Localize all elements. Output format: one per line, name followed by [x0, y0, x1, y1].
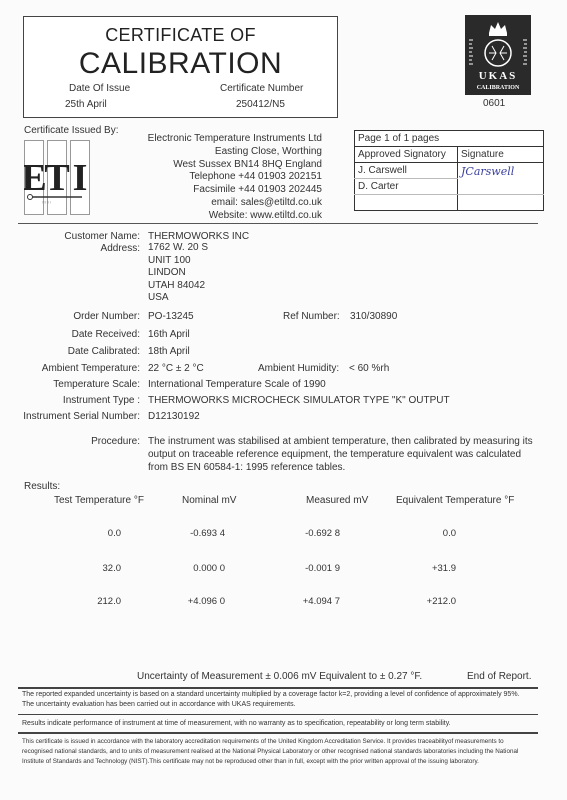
serial-number-label: Instrument Serial Number:: [0, 411, 140, 422]
results-label: Results:: [24, 481, 60, 492]
certificate-number: 250412/N5: [236, 99, 285, 110]
signatory-name: D. Carter: [355, 179, 458, 195]
header-divider: [18, 223, 538, 224]
address-line: USA: [148, 292, 208, 305]
date-of-issue: 25th April: [65, 99, 107, 110]
results-cell: +4.096 0: [188, 596, 225, 607]
footer-divider-1: [18, 687, 538, 689]
ambient-humidity-label: Ambient Humidity:: [258, 363, 339, 374]
issued-by-label: Certificate Issued By:: [24, 125, 118, 136]
serial-number: D12130192: [148, 411, 200, 422]
address-line: UNIT 100: [148, 255, 208, 268]
uncertainty-statement: Uncertainty of Measurement ± 0.006 mV Eq…: [137, 671, 422, 682]
ambient-temperature: 22 °C ± 2 °C: [148, 363, 204, 374]
accreditation-note: This certificate is issued in accordance…: [22, 737, 536, 767]
signatory-table: Page 1 of 1 pages Approved Signatory Sig…: [354, 130, 544, 211]
signatory-name: J. Carswell: [355, 163, 458, 179]
order-number: PO-13245: [148, 311, 194, 322]
ambient-temperature-label: Ambient Temperature:: [0, 363, 140, 374]
address-line: LINDON: [148, 267, 208, 280]
signature-header: Signature: [458, 147, 544, 163]
ukas-lab-number: 0601: [483, 98, 505, 109]
date-calibrated-label: Date Calibrated:: [0, 346, 140, 357]
signature-empty-cell: [458, 195, 544, 211]
address-line: 1762 W. 20 S: [148, 242, 208, 255]
svg-text:E: E: [24, 157, 47, 199]
footer-divider-2: [18, 714, 538, 715]
date-received-label: Date Received:: [0, 329, 140, 340]
issuer-email: email: sales@etiltd.co.uk: [120, 197, 322, 210]
ref-number: 310/30890: [350, 311, 397, 322]
address-label: Address:: [0, 243, 140, 254]
handwritten-signature: JCarswell: [461, 165, 514, 178]
procedure-label: Procedure:: [0, 436, 140, 447]
approved-signatory-header: Approved Signatory: [355, 147, 458, 163]
signature-cell: JCarswell: [458, 163, 544, 195]
ambient-humidity: < 60 %rh: [349, 363, 389, 374]
instrument-type: THERMOWORKS MICROCHECK SIMULATOR TYPE "K…: [148, 395, 450, 406]
ukas-logo: UKAS CALIBRATION: [465, 15, 531, 95]
svg-text:| | | | | |: | | | | | |: [42, 200, 51, 204]
results-cell: -0.692 8: [305, 528, 340, 539]
certificate-number-label: Certificate Number: [220, 83, 303, 94]
results-cell: -0.693 4: [190, 528, 225, 539]
issuer-website: Website: www.etiltd.co.uk: [120, 210, 322, 223]
customer-name: THERMOWORKS INC: [148, 231, 249, 242]
page-count: Page 1 of 1 pages: [355, 131, 544, 147]
results-cell: 0.0: [443, 528, 456, 539]
date-of-issue-label: Date Of Issue: [69, 83, 130, 94]
results-cell: +212.0: [427, 596, 456, 607]
svg-text:T: T: [44, 157, 69, 199]
uncertainty-note: The reported expanded uncertainty is bas…: [22, 690, 532, 710]
instrument-type-label: Instrument Type :: [0, 395, 140, 406]
procedure-text: The instrument was stabilised at ambient…: [148, 436, 538, 474]
results-cell: +4.094 7: [303, 596, 340, 607]
results-header-equivalent: Equivalent Temperature °F: [396, 495, 514, 506]
results-cell: 0.0: [108, 528, 121, 539]
svg-text:I: I: [73, 157, 88, 199]
warranty-note: Results indicate performance of instrume…: [22, 719, 542, 729]
temperature-scale-label: Temperature Scale:: [0, 379, 140, 390]
issuer-region: West Sussex BN14 8HQ England: [120, 159, 322, 172]
customer-name-label: Customer Name:: [0, 231, 140, 242]
results-cell: -0.001 9: [305, 563, 340, 574]
title-line-1: CERTIFICATE OF: [24, 25, 337, 46]
issuer-telephone: Telephone +44 01903 202151: [120, 171, 322, 184]
address-line: UTAH 84042: [148, 280, 208, 293]
temperature-scale: International Temperature Scale of 1990: [148, 379, 326, 390]
ref-number-label: Ref Number:: [283, 311, 340, 322]
svg-text:CALIBRATION: CALIBRATION: [477, 85, 520, 91]
ukas-crown-icon: UKAS CALIBRATION: [465, 15, 531, 95]
eti-logo: E T I | | | | | |: [24, 140, 90, 218]
title-line-2: CALIBRATION: [24, 47, 337, 81]
issuer-address: Electronic Temperature Instruments Ltd E…: [120, 133, 322, 223]
results-cell: 32.0: [103, 563, 122, 574]
order-number-label: Order Number:: [0, 311, 140, 322]
issuer-name: Electronic Temperature Instruments Ltd: [120, 133, 322, 146]
certificate-title-box: CERTIFICATE OF CALIBRATION Date Of Issue…: [23, 16, 338, 118]
date-received: 16th April: [148, 329, 190, 340]
results-header-measured: Measured mV: [306, 495, 368, 506]
results-cell: 212.0: [97, 596, 121, 607]
results-cell: 0.000 0: [193, 563, 225, 574]
issuer-fax: Facsimile +44 01903 202445: [120, 184, 322, 197]
svg-text:UKAS: UKAS: [479, 70, 518, 82]
results-header-test-temp: Test Temperature °F: [54, 495, 144, 506]
date-calibrated: 18th April: [148, 346, 190, 357]
end-of-report: End of Report.: [467, 671, 531, 682]
customer-address: 1762 W. 20 S UNIT 100 LINDON UTAH 84042 …: [148, 242, 208, 305]
results-cell: +31.9: [432, 563, 456, 574]
footer-divider-3: [18, 732, 538, 734]
signatory-name: [355, 195, 458, 211]
issuer-street: Easting Close, Worthing: [120, 146, 322, 159]
results-header-nominal: Nominal mV: [182, 495, 236, 506]
